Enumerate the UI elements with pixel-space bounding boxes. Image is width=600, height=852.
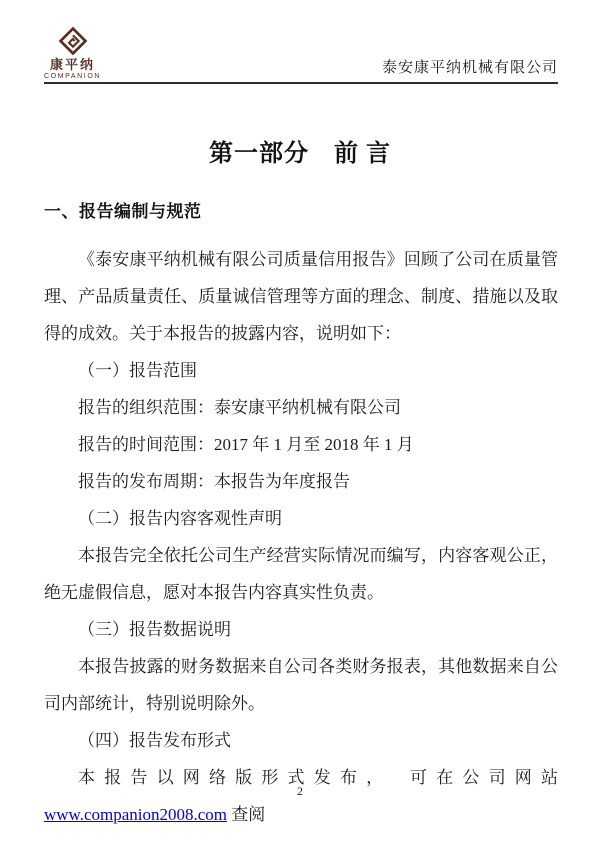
section-heading: 一、报告编制与规范 (44, 197, 202, 222)
intro-paragraph: 《泰安康平纳机械有限公司质量信用报告》回顾了公司在质量管理、产品质量责任、质量诚… (44, 241, 558, 352)
objectivity-paragraph: 本报告完全依托公司生产经营实际情况而编写，内容客观公正，绝无虚假信息，愿对本报告… (44, 537, 558, 611)
item-org-scope: 报告的组织范围：泰安康平纳机械有限公司 (44, 389, 558, 426)
company-logo: 康平纳 COMPANION (44, 25, 101, 82)
document-page: 康平纳 COMPANION 泰安康平纳机械有限公司 第一部分 前 言 一、报告编… (0, 0, 600, 852)
document-title: 第一部分 前 言 (0, 139, 600, 169)
item-objectivity-heading: （二）报告内容客观性声明 (44, 500, 558, 537)
item-report-scope-heading: （一）报告范围 (44, 352, 558, 389)
document-body: 《泰安康平纳机械有限公司质量信用报告》回顾了公司在质量管理、产品质量责任、质量诚… (44, 241, 558, 833)
logo-diamond-icon (57, 25, 89, 57)
item-publication-heading: （四）报告发布形式 (44, 722, 558, 759)
item-time-scope: 报告的时间范围：2017 年 1 月至 2018 年 1 月 (44, 426, 558, 463)
logo-company-name: 康平纳 (50, 58, 95, 71)
data-note-paragraph: 本报告披露的财务数据来自公司各类财务报表，其他数据来自公司内部统计，特别说明除外… (44, 648, 558, 722)
page-number: 2 (0, 784, 600, 799)
item-release-cycle: 报告的发布周期：本报告为年度报告 (44, 463, 558, 500)
page-header: 康平纳 COMPANION 泰安康平纳机械有限公司 (44, 24, 558, 84)
publication-text-suffix: 查阅 (227, 805, 265, 824)
logo-subtitle: COMPANION (44, 73, 101, 80)
item-data-note-heading: （三）报告数据说明 (44, 611, 558, 648)
header-company-name: 泰安康平纳机械有限公司 (382, 56, 558, 82)
company-website-link[interactable]: www.companion2008.com (44, 805, 227, 824)
